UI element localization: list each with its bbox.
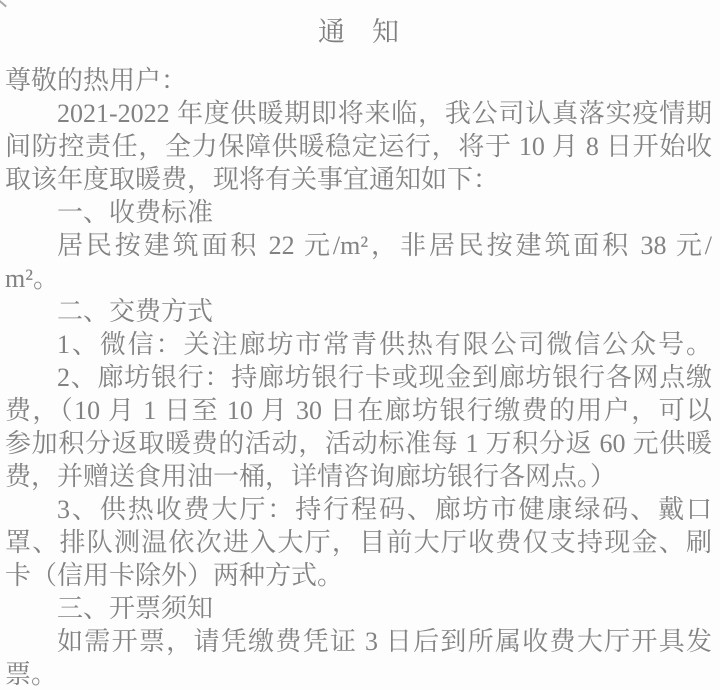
- payment-bank-line: 费，（10 月 1 日至 10 月 30 日在廊坊银行缴费的用户，可以: [5, 394, 712, 427]
- section3-heading: 三、开票须知: [5, 592, 712, 625]
- fee-standard-line: m²。: [5, 262, 712, 295]
- payment-hall-line: 罩、排队测温依次进入大厅，目前大厅收费仅支持现金、刷: [5, 526, 712, 559]
- scan-artifact: [0, 0, 7, 7]
- intro-line: 间防控责任，全力保障供暖稳定运行，将于 10 月 8 日开始收: [5, 130, 712, 163]
- section2-heading: 二、交费方式: [5, 295, 712, 328]
- payment-hall-line: 卡（信用卡除外）两种方式。: [5, 559, 712, 592]
- invoice-line: 票。: [5, 658, 712, 690]
- payment-wechat-line: 1、微信：关注廊坊市常青供热有限公司微信公众号。: [5, 328, 712, 361]
- notice-title: 通 知: [5, 16, 712, 48]
- salutation-line: 尊敬的热用户：: [5, 64, 712, 97]
- payment-bank-line: 2、廊坊银行：持廊坊银行卡或现金到廊坊银行各网点缴: [5, 361, 712, 394]
- intro-line: 2021-2022 年度供暖期即将来临，我公司认真落实疫情期: [5, 97, 712, 130]
- payment-bank-line: 费，并赠送食用油一桶，详情咨询廊坊银行各网点。）: [5, 460, 712, 493]
- invoice-line: 如需开票，请凭缴费凭证 3 日后到所属收费大厅开具发: [5, 625, 712, 658]
- payment-bank-line: 参加积分返取暖费的活动，活动标准每 1 万积分返 60 元供暖: [5, 427, 712, 460]
- section1-heading: 一、收费标准: [5, 196, 712, 229]
- notice-document: 通 知 尊敬的热用户： 2021-2022 年度供暖期即将来临，我公司认真落实疫…: [0, 0, 720, 690]
- payment-hall-line: 3、供热收费大厅：持行程码、廊坊市健康绿码、戴口: [5, 493, 712, 526]
- intro-line: 取该年度取暖费，现将有关事宜通知如下：: [5, 163, 712, 196]
- fee-standard-line: 居民按建筑面积 22 元/m²，非居民按建筑面积 38 元/: [5, 229, 712, 262]
